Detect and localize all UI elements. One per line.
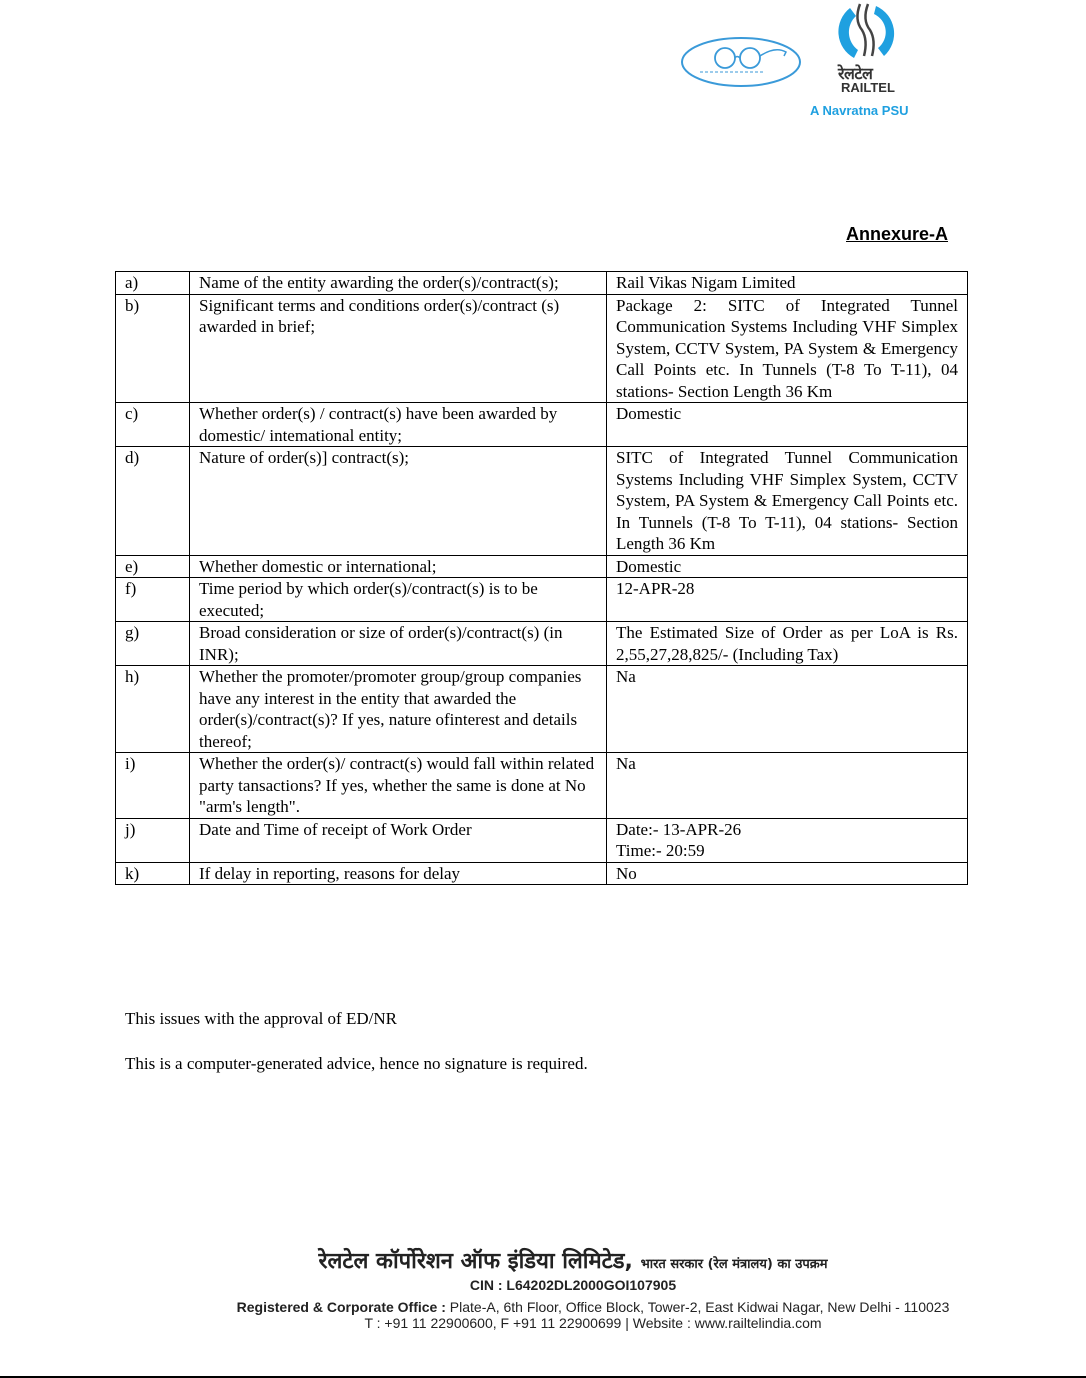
row-letter: i) <box>116 753 190 819</box>
row-question: Date and Time of receipt of Work Order <box>190 818 607 862</box>
row-answer: Date:- 13-APR-26Time:- 20:59 <box>607 818 968 862</box>
row-answer: The Estimated Size of Order as per LoA i… <box>607 622 968 666</box>
row-answer: Rail Vikas Nigam Limited <box>607 272 968 295</box>
table-row: a)Name of the entity awarding the order(… <box>116 272 968 295</box>
row-answer: No <box>607 862 968 885</box>
row-letter: f) <box>116 578 190 622</box>
table-row: e)Whether domestic or international;Dome… <box>116 555 968 578</box>
table-row: h)Whether the promoter/promoter group/gr… <box>116 666 968 753</box>
answer-line: No <box>616 863 958 885</box>
answer-line: Time:- 20:59 <box>616 840 958 862</box>
row-question: Time period by which order(s)/contract(s… <box>190 578 607 622</box>
row-letter: h) <box>116 666 190 753</box>
row-question: Name of the entity awarding the order(s)… <box>190 272 607 295</box>
table-row: d)Nature of order(s)] contract(s);SITC o… <box>116 447 968 556</box>
company-hindi-sub: भारत सरकार (रेल मंत्रालय) का उपक्रम <box>641 1257 828 1272</box>
row-letter: e) <box>116 555 190 578</box>
approval-note: This issues with the approval of ED/NR <box>125 1009 397 1029</box>
table-row: i)Whether the order(s)/ contract(s) woul… <box>116 753 968 819</box>
answer-line: Na <box>616 753 958 775</box>
answer-line: Rail Vikas Nigam Limited <box>616 272 958 294</box>
answer-line: The Estimated Size of Order as per LoA i… <box>616 622 958 665</box>
answer-line: SITC of Integrated Tunnel Communication … <box>616 447 958 555</box>
row-answer: 12-APR-28 <box>607 578 968 622</box>
row-question: If delay in reporting, reasons for delay <box>190 862 607 885</box>
row-answer: Package 2: SITC of Integrated Tunnel Com… <box>607 294 968 403</box>
answer-line: Date:- 13-APR-26 <box>616 819 958 841</box>
contact-info: T : +91 11 22900600, F +91 11 22900699 |… <box>364 1315 821 1331</box>
letterhead-footer: रेलटेल कॉर्पोरेशन ऑफ इंडिया लिमिटेड, भार… <box>0 1245 1086 1331</box>
office-address-text: Plate-A, 6th Floor, Office Block, Tower-… <box>450 1299 950 1315</box>
row-answer: SITC of Integrated Tunnel Communication … <box>607 447 968 556</box>
row-letter: k) <box>116 862 190 885</box>
row-letter: b) <box>116 294 190 403</box>
office-label: Registered & Corporate Office : <box>237 1299 446 1315</box>
row-letter: g) <box>116 622 190 666</box>
answer-line: 12-APR-28 <box>616 578 958 600</box>
table-row: b)Significant terms and conditions order… <box>116 294 968 403</box>
company-hindi-name: रेलटेल कॉर्पोरेशन ऑफ इंडिया लिमिटेड, भार… <box>0 1245 1086 1275</box>
table-row: j)Date and Time of receipt of Work Order… <box>116 818 968 862</box>
answer-line: Na <box>616 666 958 688</box>
row-question: Nature of order(s)] contract(s); <box>190 447 607 556</box>
order-details-table: a)Name of the entity awarding the order(… <box>115 271 968 885</box>
answer-line: Domestic <box>616 556 958 578</box>
signature-note: This is a computer-generated advice, hen… <box>125 1054 588 1074</box>
row-question: Whether order(s) / contract(s) have been… <box>190 403 607 447</box>
row-answer: Domestic <box>607 555 968 578</box>
table-row: g)Broad consideration or size of order(s… <box>116 622 968 666</box>
row-question: Whether the promoter/promoter group/grou… <box>190 666 607 753</box>
row-question: Broad consideration or size of order(s)/… <box>190 622 607 666</box>
company-hindi-main: रेलटेल कॉर्पोरेशन ऑफ इंडिया लिमिटेड, <box>318 1249 632 1274</box>
header-logos: रेलटेल RAILTEL A Navratna PSU <box>670 0 970 125</box>
row-question: Significant terms and conditions order(s… <box>190 294 607 403</box>
row-question: Whether domestic or international; <box>190 555 607 578</box>
row-letter: d) <box>116 447 190 556</box>
railtel-name: RAILTEL <box>841 80 895 95</box>
swachh-bharat-logo-icon <box>680 36 802 88</box>
table-row: f)Time period by which order(s)/contract… <box>116 578 968 622</box>
row-answer: Na <box>607 666 968 753</box>
navratna-tagline: A Navratna PSU <box>810 103 909 118</box>
row-letter: a) <box>116 272 190 295</box>
row-question: Whether the order(s)/ contract(s) would … <box>190 753 607 819</box>
table-row: k)If delay in reporting, reasons for del… <box>116 862 968 885</box>
row-letter: j) <box>116 818 190 862</box>
answer-line: Domestic <box>616 403 958 425</box>
annexure-title: Annexure-A <box>846 224 948 245</box>
row-answer: Na <box>607 753 968 819</box>
table-row: c)Whether order(s) / contract(s) have be… <box>116 403 968 447</box>
office-address: Registered & Corporate Office : Plate-A,… <box>0 1299 1086 1331</box>
row-answer: Domestic <box>607 403 968 447</box>
answer-line: Package 2: SITC of Integrated Tunnel Com… <box>616 295 958 403</box>
row-letter: c) <box>116 403 190 447</box>
cin-number: CIN : L64202DL2000GOI107905 <box>0 1277 1086 1293</box>
